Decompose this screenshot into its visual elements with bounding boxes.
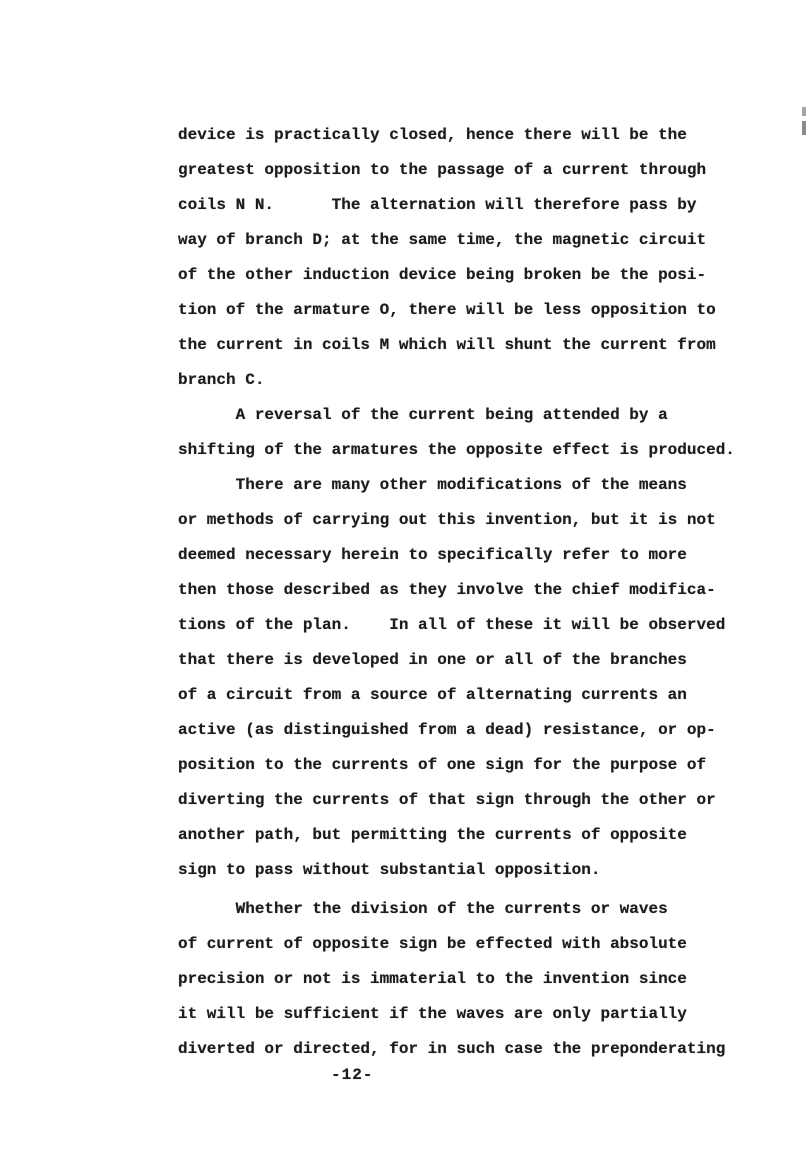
text-line: device is practically closed, hence ther… — [178, 118, 735, 153]
text-line: that there is developed in one or all of… — [178, 643, 735, 678]
text-line: A reversal of the current being attended… — [178, 398, 735, 433]
text-line: coils N N. The alternation will therefor… — [178, 188, 735, 223]
text-line: the current in coils M which will shunt … — [178, 328, 735, 363]
text-line: another path, but permitting the current… — [178, 818, 735, 853]
text-line: diverting the currents of that sign thro… — [178, 783, 735, 818]
text-line: tions of the plan. In all of these it wi… — [178, 608, 735, 643]
text-line: greatest opposition to the passage of a … — [178, 153, 735, 188]
scanned-document-page: device is practically closed, hence ther… — [0, 0, 807, 1155]
text-line: position to the currents of one sign for… — [178, 748, 735, 783]
text-line: diverted or directed, for in such case t… — [178, 1032, 735, 1067]
text-line: precision or not is immaterial to the in… — [178, 962, 735, 997]
text-line: of the other induction device being brok… — [178, 258, 735, 293]
text-line: tion of the armature O, there will be le… — [178, 293, 735, 328]
scan-edge-artifact — [802, 121, 806, 135]
scan-edge-artifact — [802, 107, 806, 116]
text-line: of current of opposite sign be effected … — [178, 927, 735, 962]
text-line: or methods of carrying out this inventio… — [178, 503, 735, 538]
text-line: of a circuit from a source of alternatin… — [178, 678, 735, 713]
text-line: deemed necessary herein to specifically … — [178, 538, 735, 573]
page-number: -12- — [331, 1060, 373, 1090]
text-line: it will be sufficient if the waves are o… — [178, 997, 735, 1032]
text-line: There are many other modifications of th… — [178, 468, 735, 503]
text-line: branch C. — [178, 363, 735, 398]
text-line: active (as distinguished from a dead) re… — [178, 713, 735, 748]
text-line: Whether the division of the currents or … — [178, 892, 735, 927]
text-line: shifting of the armatures the opposite e… — [178, 433, 735, 468]
text-line: sign to pass without substantial opposit… — [178, 853, 735, 888]
text-line: way of branch D; at the same time, the m… — [178, 223, 735, 258]
document-body-text: device is practically closed, hence ther… — [178, 118, 735, 1067]
text-line: then those described as they involve the… — [178, 573, 735, 608]
